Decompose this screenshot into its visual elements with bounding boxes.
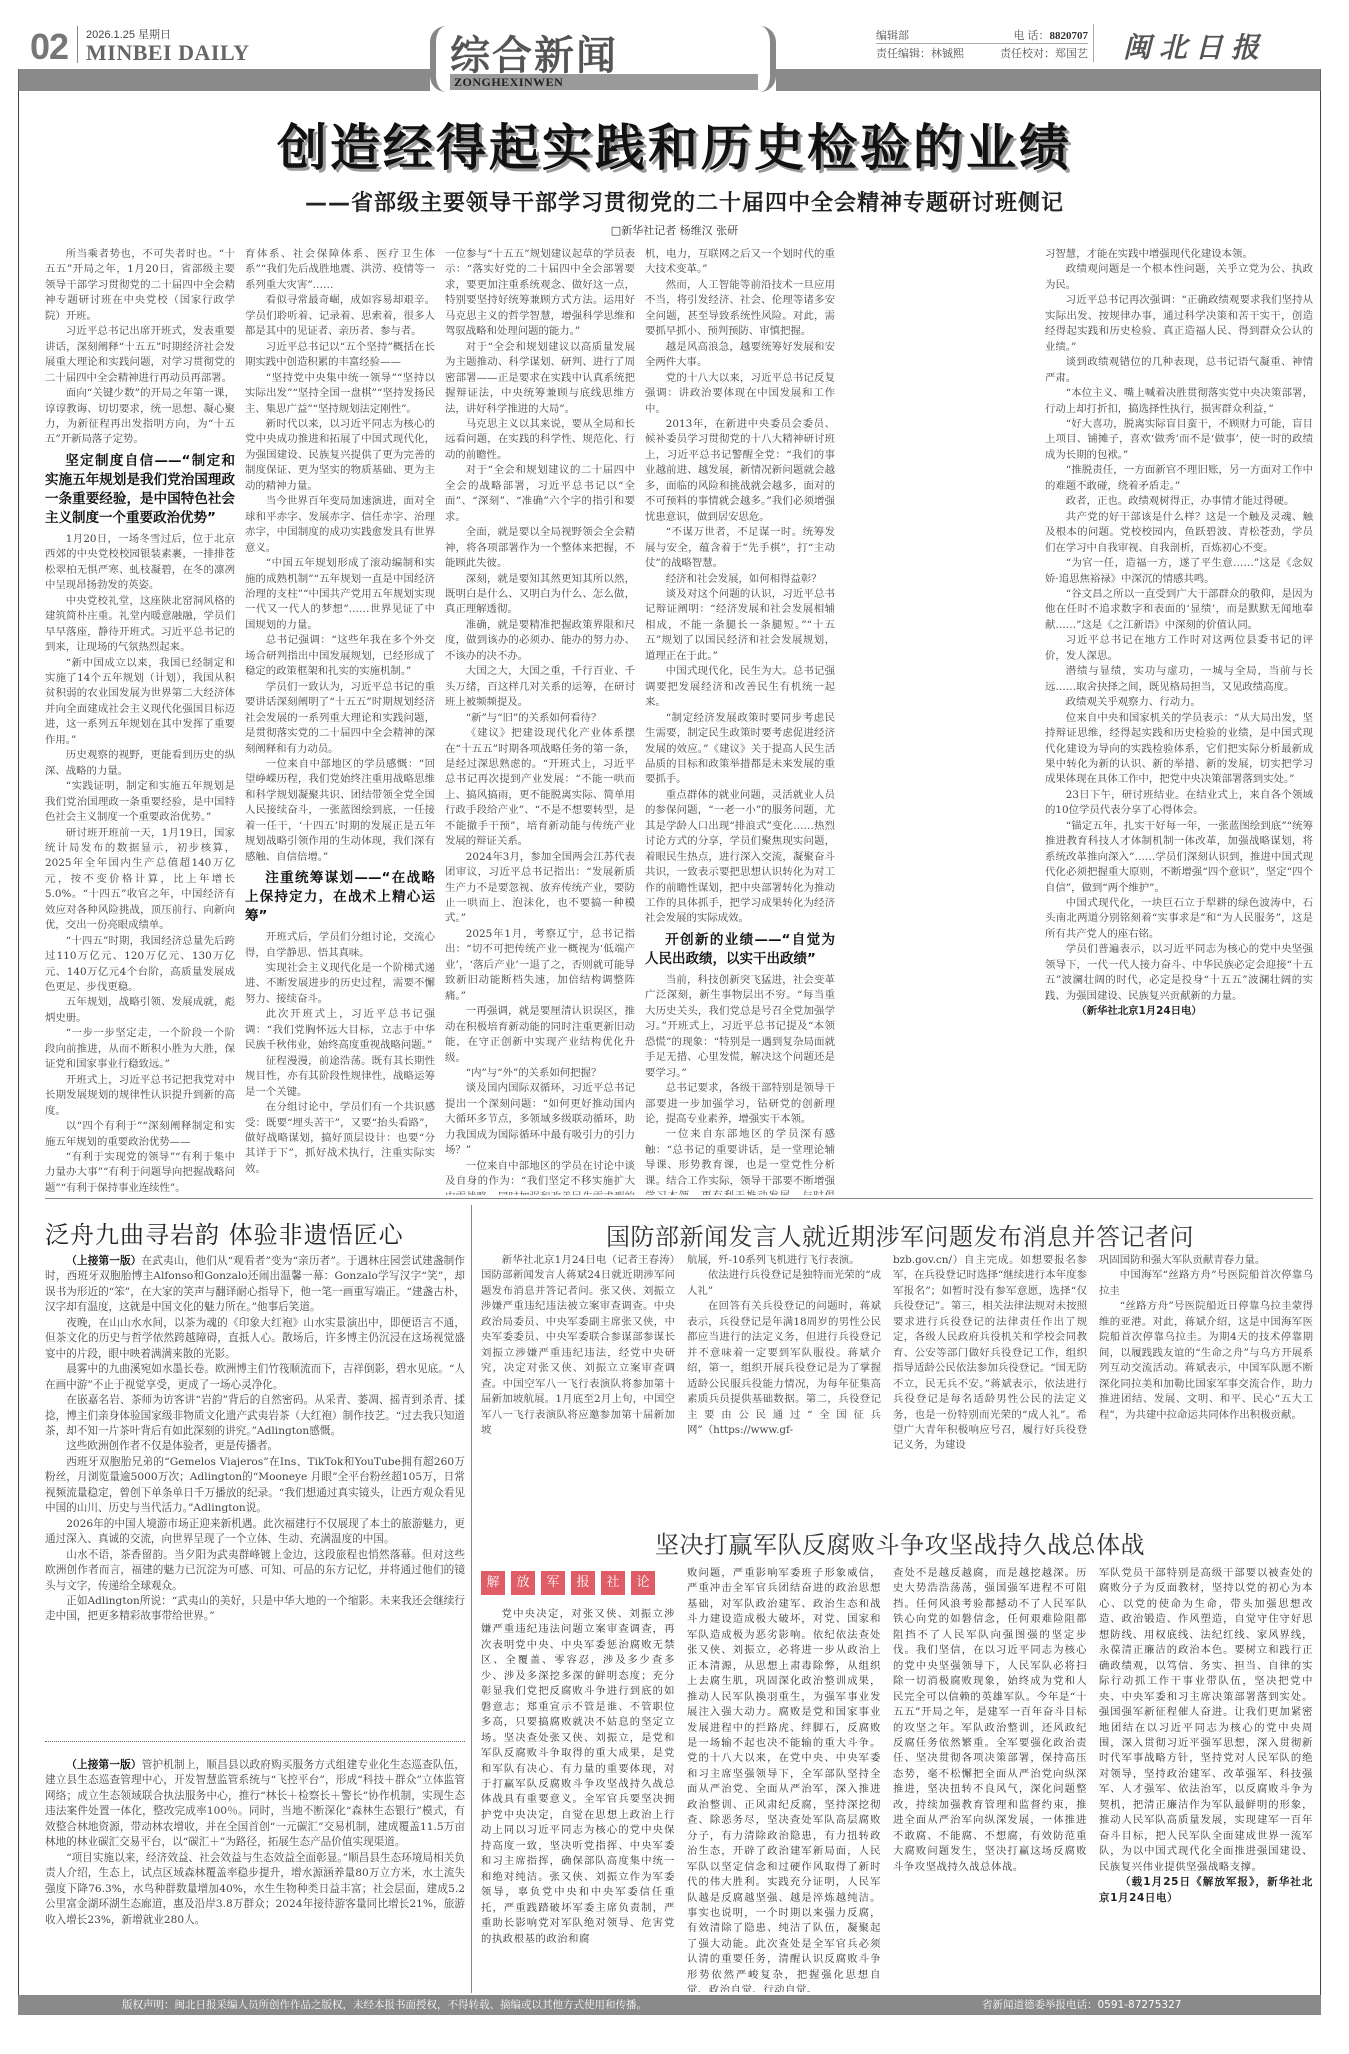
paragraph: 深刻，就是要知其然更知其所以然，既明白是什么、又明白为什么、怎么做，真正理解透彻… <box>445 572 635 618</box>
paragraph: 中国式现代化，民生为大。总书记强调要把发展经济和改善民生有机统一起来。 <box>645 664 835 710</box>
paragraph: 在分组讨论中，学员们有一个共识感受：既要“埋头苦干”，又要“抬头看路”，做好战略… <box>245 1100 435 1177</box>
paragraph: 育体系、社会保障体系、医疗卫生体系”“我们先后战胜地震、洪涝、疫情等一系列重大灾… <box>245 247 435 293</box>
ethics-hotline: 省新闻道德委举报电话：0591-87275327 <box>982 1995 1181 2015</box>
paragraph: “推脱责任，一方面新官不理旧账，另一方面对工作中的难题不敢碰，绕着矛盾走。” <box>1045 463 1313 494</box>
paragraph: 实现社会主义现代化是一个阶梯式递进、不断发展进步的历史过程，需要不懈努力、接续奋… <box>245 961 435 1007</box>
wuyi-story-body: （上接第一版）在武夷山，他们从“观看者”变为“亲历者”。于遇林庄园尝试建盏制作时… <box>45 1254 465 1736</box>
paragraph: 习智慧，才能在实践中增强现代化建设本领。 <box>1045 247 1313 262</box>
paragraph: 机，电力，互联网之后又一个划时代的重大技术变革。” <box>645 247 835 278</box>
continued-label: （上接第一版） <box>66 1255 141 1267</box>
paragraph: 五年规划，战略引领、发展成就，彪炳史册。 <box>45 995 235 1026</box>
paragraph: 党的十八大以来，习近平总书记反复强调：讲政治要体现在中国发展和工作中。 <box>645 371 835 417</box>
paragraph: 一再强调，就是要厘清认识误区，推动在积极培育新动能的同时注重更新旧动能，在守正创… <box>445 1004 635 1066</box>
paragraph: 习近平总书记出席开班式，发表重要讲话，深刻阐释“十五五”时期经济社会发展重大理论… <box>45 324 235 386</box>
paragraph: 准确，就是要精准把握政策界限和尺度，做到该办的必须办、能办的努力办、不该办的决不… <box>445 618 635 664</box>
newspaper-logo: 闽北日报 <box>1123 26 1267 66</box>
paragraph: 学员们一致认为，习近平总书记的重要讲话深刻阐明了“十五五”时期规划经济社会发展的… <box>245 680 435 757</box>
masthead-bar-left <box>18 69 430 91</box>
paper-name-en: MINBEI DAILY <box>86 40 250 66</box>
paragraph: 败问题，严重影响军委班子形象威信，严重冲击全军官兵团结奋进的政治思想基础，对军队… <box>687 1566 881 1992</box>
badge-char: 解 <box>481 1571 505 1595</box>
paragraph: “实践证明，制定和实施五年规划是我们党治国理政一条重要经验，是中国特色社会主义制… <box>45 779 235 825</box>
paragraph: “一步一步坚定走，一个阶段一个阶段向前推进，从而不断积小胜为大胜，保证党和国家事… <box>45 1026 235 1072</box>
paragraph: 以“四个有利于”“深刻阐释制定和实施五年规划的重要政治优势—— <box>45 1119 235 1150</box>
lead-column-1: 所当乘者势也，不可失者时也。“十五五”开局之年，1月20日，省部级主要领导干部学… <box>45 247 235 1195</box>
paragraph: 中国式现代化，一块巨石立于犁耕的绿色波涛中，石头南北两道分别铭刻着“实事求是”和… <box>1045 896 1313 942</box>
paragraph: 全面，就是要以全局视野领会全会精神，将各项部署作为一个整体来把握，不能顾此失彼。 <box>445 525 635 571</box>
paragraph: 政绩观问题是一个根本性问题，关乎立党为公、执政为民。 <box>1045 262 1313 293</box>
paragraph: “项目实施以来，经济效益、社会效益与生态效益全面彰显。”顺昌县生态环境局相关负责… <box>45 1851 465 1928</box>
defense-column-3: bzb.gov.cn/）自主完成。如想要报名参军，在兵役登记时选择“继续进行本年… <box>893 1253 1087 1511</box>
paragraph: “坚持党中央集中统一领导”“坚持以实际出发”“坚持全国一盘棋”“坚持发扬民主、集… <box>245 371 435 417</box>
phone-number: 8820707 <box>1050 30 1089 42</box>
paragraph: 然而，人工智能等前沿技术一旦应用不当，将引发经济、社会、伦理等诸多安全问题，甚至… <box>645 278 835 340</box>
shunchang-story-body: （上接第一版）管护机制上，顺昌县以政府购买服务方式组建专业化生态巡查队伍，建立县… <box>45 1758 465 1990</box>
editorial-column-3: 查处不是越反越腐，而是越挖越深。历史大势浩浩荡荡，强国强军进程不可阻挡。任何风浪… <box>893 1566 1087 1992</box>
paragraph-text: 管护机制上，顺昌县以政府购买服务方式组建专业化生态巡查队伍，建立县生态巡查管理中… <box>45 1759 465 1848</box>
paragraph: 政绩观关乎观察力、行动力。 <box>1045 695 1313 710</box>
paragraph: “中国五年规划形成了滚动编制和实施的成熟机制”“五年规划一直是中国经济治理的支柱… <box>245 556 435 633</box>
badge-char: 论 <box>631 1571 655 1595</box>
paragraph: 研讨班开班前一天，1月19日，国家统计局发布的数据显示，初步核算，2025年全年… <box>45 826 235 934</box>
paragraph: 谈到政绩观错位的几种表现，总书记语气凝重、神情严肃。 <box>1045 355 1313 386</box>
paragraph: 23日下午，研讨班结业。在结业式上，来自各个领域的10位学员代表分享了心得体会。 <box>1045 788 1313 819</box>
paragraph: 《建议》把建设现代化产业体系摆在“十五五”时期各项战略任务的第一条，是经过深思熟… <box>445 726 635 850</box>
editorial-column-1: 党中央决定，对张又侠、刘振立涉嫌严重违纪违法问题立案审查调查，再次表明党中央、中… <box>481 1607 675 1992</box>
defense-column-1: 新华社北京1月24日电（记者王春涛）国防部新闻发言人蒋斌24日就近期涉军问题发布… <box>481 1253 675 1511</box>
editorial-title: 坚决打赢军队反腐败斗争攻坚战持久战总体战 <box>480 1525 1340 1560</box>
paragraph: 大国之大，大国之重，千行百业、千头万绪，百这样几对关系的运筹，在研讨班上被频频提… <box>445 664 635 710</box>
paragraph: 2025年1月，考察辽宁，总书记指出：“切不可把传统产业一概视为‘低端产业’，‘… <box>445 927 635 1004</box>
defense-subheading-2: 中国海军“丝路方舟”号医院船首次停靠乌拉圭 <box>1099 1268 1313 1299</box>
wuyi-story-title: 泛舟九曲寻岩韵 体验非遗悟匠心 <box>45 1215 465 1250</box>
lead-subheading-3: 开创新的业绩——“自觉为人民出政绩，以实干出政绩” <box>645 931 835 969</box>
paragraph: 正如Adlington所说：“武夷山的美好，只是中华大地的一个缩影。未来我还会继… <box>45 1594 465 1625</box>
badge-char: 军 <box>541 1571 565 1595</box>
section-bracket-left <box>430 26 446 92</box>
paragraph: 一位参与“十五五”规划建议起草的学员表示：“落实好党的二十届四中全会部署要求，要… <box>445 247 635 340</box>
paragraph: 谈及国内国际双循环，习近平总书记提出一个深刻问题：“如何更好推动国内大循环多节点… <box>445 1081 635 1158</box>
paragraph: 这些欧洲创作者不仅是体验者，更是传播者。 <box>45 1439 465 1454</box>
paragraph: “不谋万世者，不足谋一时。统筹发展与安全，蕴含着于“先手棋”，打“主动仗”的战略… <box>645 525 835 571</box>
paragraph: 党中央决定，对张又侠、刘振立涉嫌严重违纪违法问题立案审查调查，再次表明党中央、中… <box>481 1607 675 1947</box>
paragraph: 在回答有关兵役登记的问题时，蒋斌表示，兵役登记是年满18周岁的男性公民都应当进行… <box>687 1299 881 1438</box>
paragraph: 马克思主义以其来说，要从全局和长远看问题，在实践的科学性、规范化、行动的前瞻性。 <box>445 417 635 463</box>
editorial-column-4: 军队党员干部特别是高级干部要以被查处的腐败分子为反面教材，坚持以党的初心为本心、… <box>1099 1566 1313 1992</box>
paragraph: 新华社北京1月24日电（记者王春涛）国防部新闻发言人蒋斌24日就近期涉军问题发布… <box>481 1253 675 1438</box>
paragraph: 学员们普遍表示，以习近平同志为核心的党中央坚强领导下，一代一代人接力奋斗、中华民… <box>1045 942 1313 1004</box>
paragraph: “新中国成立以来，我国已经制定和实施了14个五年规划（计划），我国从积贫积弱的农… <box>45 656 235 749</box>
paragraph: 习近平总书记在地方工作时对这两位县委书记的评价，发人深思。 <box>1045 633 1313 664</box>
paragraph: 航展，歼-10系列飞机进行飞行表演。 <box>687 1253 881 1268</box>
paragraph: 共产党的好干部该是什么样？这是一个触及灵魂、触及根本的问题。党校校园内，鱼跃碧波… <box>1045 510 1313 556</box>
dept-label: 编辑部 <box>876 27 909 43</box>
section-bracket-right <box>760 26 776 92</box>
paragraph: 当今世界百年变局加速演进，面对全球和平赤字、发展赤字、信任赤字、治理赤字，中国制… <box>245 494 435 556</box>
defense-subheading-1: 依法进行兵役登记是独特而光荣的“成人礼” <box>687 1268 881 1299</box>
column-divider-vertical <box>471 1205 472 1993</box>
paragraph: 当前，科技创新突飞猛进，社会变革广泛深刻，新生事物层出不穷。“每当重大历史关头，… <box>645 973 835 1081</box>
paragraph: 一位来自东部地区的学员深有感触：“总书记的重要讲话，是一堂理论辅导课、形势教育课… <box>645 1127 835 1195</box>
section-title: 综合新闻 <box>450 24 750 81</box>
paragraph: 此次开班式上，习近平总书记强调：“我们党胸怀远大目标，立志于中华民族千秋伟业，始… <box>245 1007 435 1053</box>
defense-column-4: 巩固国防和强大军队贡献青春力量。 中国海军“丝路方舟”号医院船首次停靠乌拉圭 “… <box>1099 1253 1313 1511</box>
paragraph: 越是风高浪急，越要统筹好发展和安全两件大事。 <box>645 340 835 371</box>
paragraph: 晨雾中的九曲溪宛如水墨长卷。欧洲博主们竹筏顺流而下，吉祥倒影，碧水见底。“人在画… <box>45 1362 465 1393</box>
paragraph: 2024年3月，参加全国两会江苏代表团审议，习近平总书记指出：“发展新质生产力不… <box>445 850 635 927</box>
paragraph: 看似寻常最奇崛，成如容易却艰辛。学员们聆听着、记录着、思索着，很多人都是其中的见… <box>245 293 435 339</box>
paragraph: 中央党校礼堂，这座陕北窑洞风格的建筑简朴庄重。礼堂内暖意融融，学员们早早落座，静… <box>45 594 235 656</box>
page-frame-left <box>18 91 19 1996</box>
paragraph: 2026年的中国人境游市场正迎来新机遇。此次福建行不仅展现了本土的旅游魅力，更通… <box>45 1517 465 1548</box>
editor: 责任编辑：林铖熙 <box>876 45 964 61</box>
phone: 电 话：8820707 <box>1013 27 1088 43</box>
paragraph: 山水不语，茶香留韵。当夕阳为武夷群峰镀上金边，这段旅程也悄然落幕。但对这些欧洲创… <box>45 1548 465 1594</box>
lead-bottom-rule <box>45 1198 1313 1199</box>
paragraph: 西班牙双胞胎兄弟的“Gemelos Viajeros”在Ins、TikTok和Y… <box>45 1455 465 1517</box>
paragraph: 夜晚，在山山水水间，以茶为魂的《印象大红袍》山水实景演出中，即便语言不通，但茶文… <box>45 1316 465 1362</box>
paragraph: 历史观察的视野，更能看到历史的纵深、战略的力量。 <box>45 748 235 779</box>
badge-char: 报 <box>571 1571 595 1595</box>
editorial-dateline: （载1月25日《解放军报》，新华社北京1月24日电） <box>1099 1875 1313 1906</box>
lead-subheading-1: 坚定制度自信——“制定和实施五年规划是我们党治国理政一条重要经验，是中国特色社会… <box>45 452 235 528</box>
badge-char: 社 <box>601 1571 625 1595</box>
paragraph: 一位来自中部地区的学员感慨：“回望峥嵘历程，我们党始终注重用战略思维和科学规划凝… <box>245 757 435 865</box>
paragraph: 政者，正也。政绩观树得正，办事情才能过得硬。 <box>1045 494 1313 509</box>
paragraph: 军队党员干部特别是高级干部要以被查处的腐败分子为反面教材，坚持以党的初心为本心、… <box>1099 1566 1313 1875</box>
masthead: 02 2026.1.25 星期日 MINBEI DAILY 综合新闻 ZONGH… <box>0 0 1349 92</box>
paragraph: 所当乘者势也，不可失者时也。“十五五”开局之年，1月20日，省部级主要领导干部学… <box>45 247 235 324</box>
paragraph: “制定经济发展政策时要同步考虑民生需要，制定民生政策时要考虑促进经济发展的效应。… <box>645 711 835 788</box>
paragraph: 开班式上，习近平总书记把我党对中长期发展规划的规律性认识提升到新的高度。 <box>45 1073 235 1119</box>
paragraph: bzb.gov.cn/）自主完成。如想要报名参军，在兵役登记时选择“继续进行本年… <box>893 1253 1087 1454</box>
paragraph: （上接第一版）管护机制上，顺昌县以政府购买服务方式组建专业化生态巡查队伍，建立县… <box>45 1758 465 1851</box>
page-frame-right <box>1320 91 1321 1996</box>
editorial-column-2: 败问题，严重影响军委班子形象威信，严重冲击全军官兵团结奋进的政治思想基础，对军队… <box>687 1566 881 1992</box>
paragraph: 总书记强调：“这些年我在多个外交场合研判指出中国发展规划，已经形成了稳定的政策框… <box>245 633 435 679</box>
copyright-notice: 版权声明：闽北日报采编人员所创作作品之版权，未经本报书面授权，不得转载、摘编或以… <box>122 1995 647 2015</box>
paragraph: 新时代以来，以习近平同志为核心的党中央成功推进和拓展了中国式现代化，为强国建设、… <box>245 417 435 494</box>
story-divider-dotted <box>45 1741 465 1742</box>
lead-column-4: 机，电力，互联网之后又一个划时代的重大技术变革。” 然而，人工智能等前沿技术一旦… <box>645 247 835 1195</box>
paragraph: 面向“关键少数”的开局之年第一课，谆谆教诲、切切要求，统一思想、凝心聚力，为新征… <box>45 386 235 448</box>
paragraph: “好大喜功，脱离实际盲目蛮干，不顾财力可能，盲目上项目、铺摊子，喜欢‘做秀’而不… <box>1045 417 1313 463</box>
paragraph: 潜绩与显绩，实功与虚功，一城与全局，当前与长远……取舍抉择之间，既见格局担当，又… <box>1045 664 1313 695</box>
lead-byline: □新华社记者 杨维汉 张研 <box>0 222 1349 238</box>
masthead-divider <box>77 26 78 63</box>
editorial-badge: 解 放 军 报 社 论 <box>481 1571 655 1595</box>
info-divider <box>1093 24 1094 62</box>
paragraph: 习近平总书记再次强调：“正确政绩观要求我们坚持从实际出发、按规律办事，通过科学决… <box>1045 293 1313 355</box>
paragraph: 征程漫漫，前途浩荡。既有其长期性规目性，亦有其阶段性规律性，战略运筹是一个关键。 <box>245 1054 435 1100</box>
paragraph: 总书记要求，各级干部特别是领导干部要进一步加强学习，钻研党的创新理论，提高专业素… <box>645 1081 835 1127</box>
paragraph: “十四五”时期，我国经济总量先后跨过110万亿元、120万亿元、130万亿元、1… <box>45 934 235 996</box>
lead-headline: 创造经得起实践和历史检验的业绩 <box>0 108 1349 180</box>
paragraph: “谷文昌之所以一直受到广大干部群众的敬仰，是因为他在任时不追求数字和表面的‘显绩… <box>1045 587 1313 633</box>
badge-char: 放 <box>511 1571 535 1595</box>
paragraph: 查处不是越反越腐，而是越挖越深。历史大势浩浩荡荡，强国强军进程不可阻挡。任何风浪… <box>893 1566 1087 1875</box>
paragraph: “锚定五年，扎实干好每一年，一张蓝图绘到底”“统筹推进教育科技人才体制机制一体改… <box>1045 819 1313 896</box>
lead-column-3: 一位参与“十五五”规划建议起草的学员表示：“落实好党的二十届四中全会部署要求，要… <box>445 247 635 1195</box>
section-pinyin: ZONGHEXINWEN <box>450 74 758 90</box>
footer-bar: 版权声明：闽北日报采编人员所创作作品之版权，未经本报书面授权，不得转载、摘编或以… <box>18 1995 1321 2015</box>
phone-label: 电 话： <box>1013 30 1049 42</box>
paragraph: 对于“全会和规划建议以高质量发展为主题推动、科学谋划、研判、进行了周密部署——正… <box>445 340 635 417</box>
continued-label: （上接第一版） <box>66 1759 142 1771</box>
lead-column-5: 习智慧，才能在实践中增强现代化建设本领。 政绩观问题是一个根本性问题，关乎立党为… <box>1045 247 1313 1195</box>
paragraph: 对于“全会和规划建议的二十届四中全会的战略部署，习近平总书记以“全面”、“深刻”… <box>445 463 635 525</box>
paragraph: 位来自中央和国家机关的学员表示：“从大局出发，坚持辩证思维，经得起实践和历史检验… <box>1045 711 1313 788</box>
proofreader: 责任校对：郑国艺 <box>1000 45 1088 61</box>
paragraph: “有利于实现党的领导”“有利于集中力量办大事”“有利于问题导向把握战略问题”“有… <box>45 1150 235 1195</box>
page-number: 02 <box>30 26 68 68</box>
paragraph: 一位来自中部地区的学员在讨论中谈及自身的作为：“我们坚定不移实施扩大内需战略，同… <box>445 1159 635 1195</box>
paragraph: “内”与“外”的关系如何把握？ <box>445 1066 635 1081</box>
paragraph: “为官一任，造福一方，遂了平生意……”这是《念奴娇·追思焦裕禄》中深沉的情感共鸣… <box>1045 556 1313 587</box>
paragraph: 1月20日，一场冬雪过后，位于北京西郊的中央党校校园银装素裹，一排排苍松翠柏无惧… <box>45 532 235 594</box>
masthead-bar-right <box>776 69 1320 91</box>
paragraph: “本位主义、嘴上喊着决胜贯彻落实党中央决策部署，行动上却打折扣，搞选择性执行，损… <box>1045 386 1313 417</box>
paragraph: 2013年，在新进中央委员会委员、候补委员学习贯彻党的十八大精神研讨班上，习近平… <box>645 417 835 525</box>
lead-dateline: （新华社北京1月24日电） <box>1045 1004 1313 1019</box>
defense-story-title: 国防部新闻发言人就近期涉军问题发布消息并答记者问 <box>480 1217 1340 1252</box>
paragraph: 经济和社会发展，如何相得益彰？ <box>645 572 835 587</box>
paragraph: 习近平总书记以“五个坚持”概括在长期实践中创造积累的丰富经验—— <box>245 340 435 371</box>
lead-subheading-2: 注重统筹谋划——“在战略上保持定力，在战术上精心运筹” <box>245 869 435 926</box>
paragraph: “新”与“旧”的关系如何看待？ <box>445 711 635 726</box>
lead-subhead: ——省部级主要领导干部学习贯彻党的二十届四中全会精神专题研讨班侧记 <box>0 186 1349 217</box>
paragraph: 重点群体的就业问题，灵活就业人员的参保问题，“一老一小”的服务问题，尤其是学龄人… <box>645 788 835 927</box>
defense-column-2: 航展，歼-10系列飞机进行飞行表演。 依法进行兵役登记是独特而光荣的“成人礼” … <box>687 1253 881 1511</box>
paragraph: 开班式后，学员们分组讨论，交流心得，自学静思、悟其真味。 <box>245 930 435 961</box>
paragraph: 谈及对这个问题的认识，习近平总书记辩证阐明：“经济发展和社会发展相辅相成，不能一… <box>645 587 835 664</box>
paragraph: （上接第一版）在武夷山，他们从“观看者”变为“亲历者”。于遇林庄园尝试建盏制作时… <box>45 1254 465 1316</box>
paragraph: 在嵌嘉名岩、茶师为访客讲“岩韵”背后的自然密码。从采青、萎凋、摇青到杀青、揉捻，… <box>45 1393 465 1439</box>
lead-column-2: 育体系、社会保障体系、医疗卫生体系”“我们先后战胜地震、洪涝、疫情等一系列重大灾… <box>245 247 435 1195</box>
paragraph: “丝路方舟”号医院船近日停靠乌拉圭蒙得维的亚港。对此，蒋斌介绍，这是中国海军医院… <box>1099 1299 1313 1423</box>
paragraph: 巩固国防和强大军队贡献青春力量。 <box>1099 1253 1313 1268</box>
